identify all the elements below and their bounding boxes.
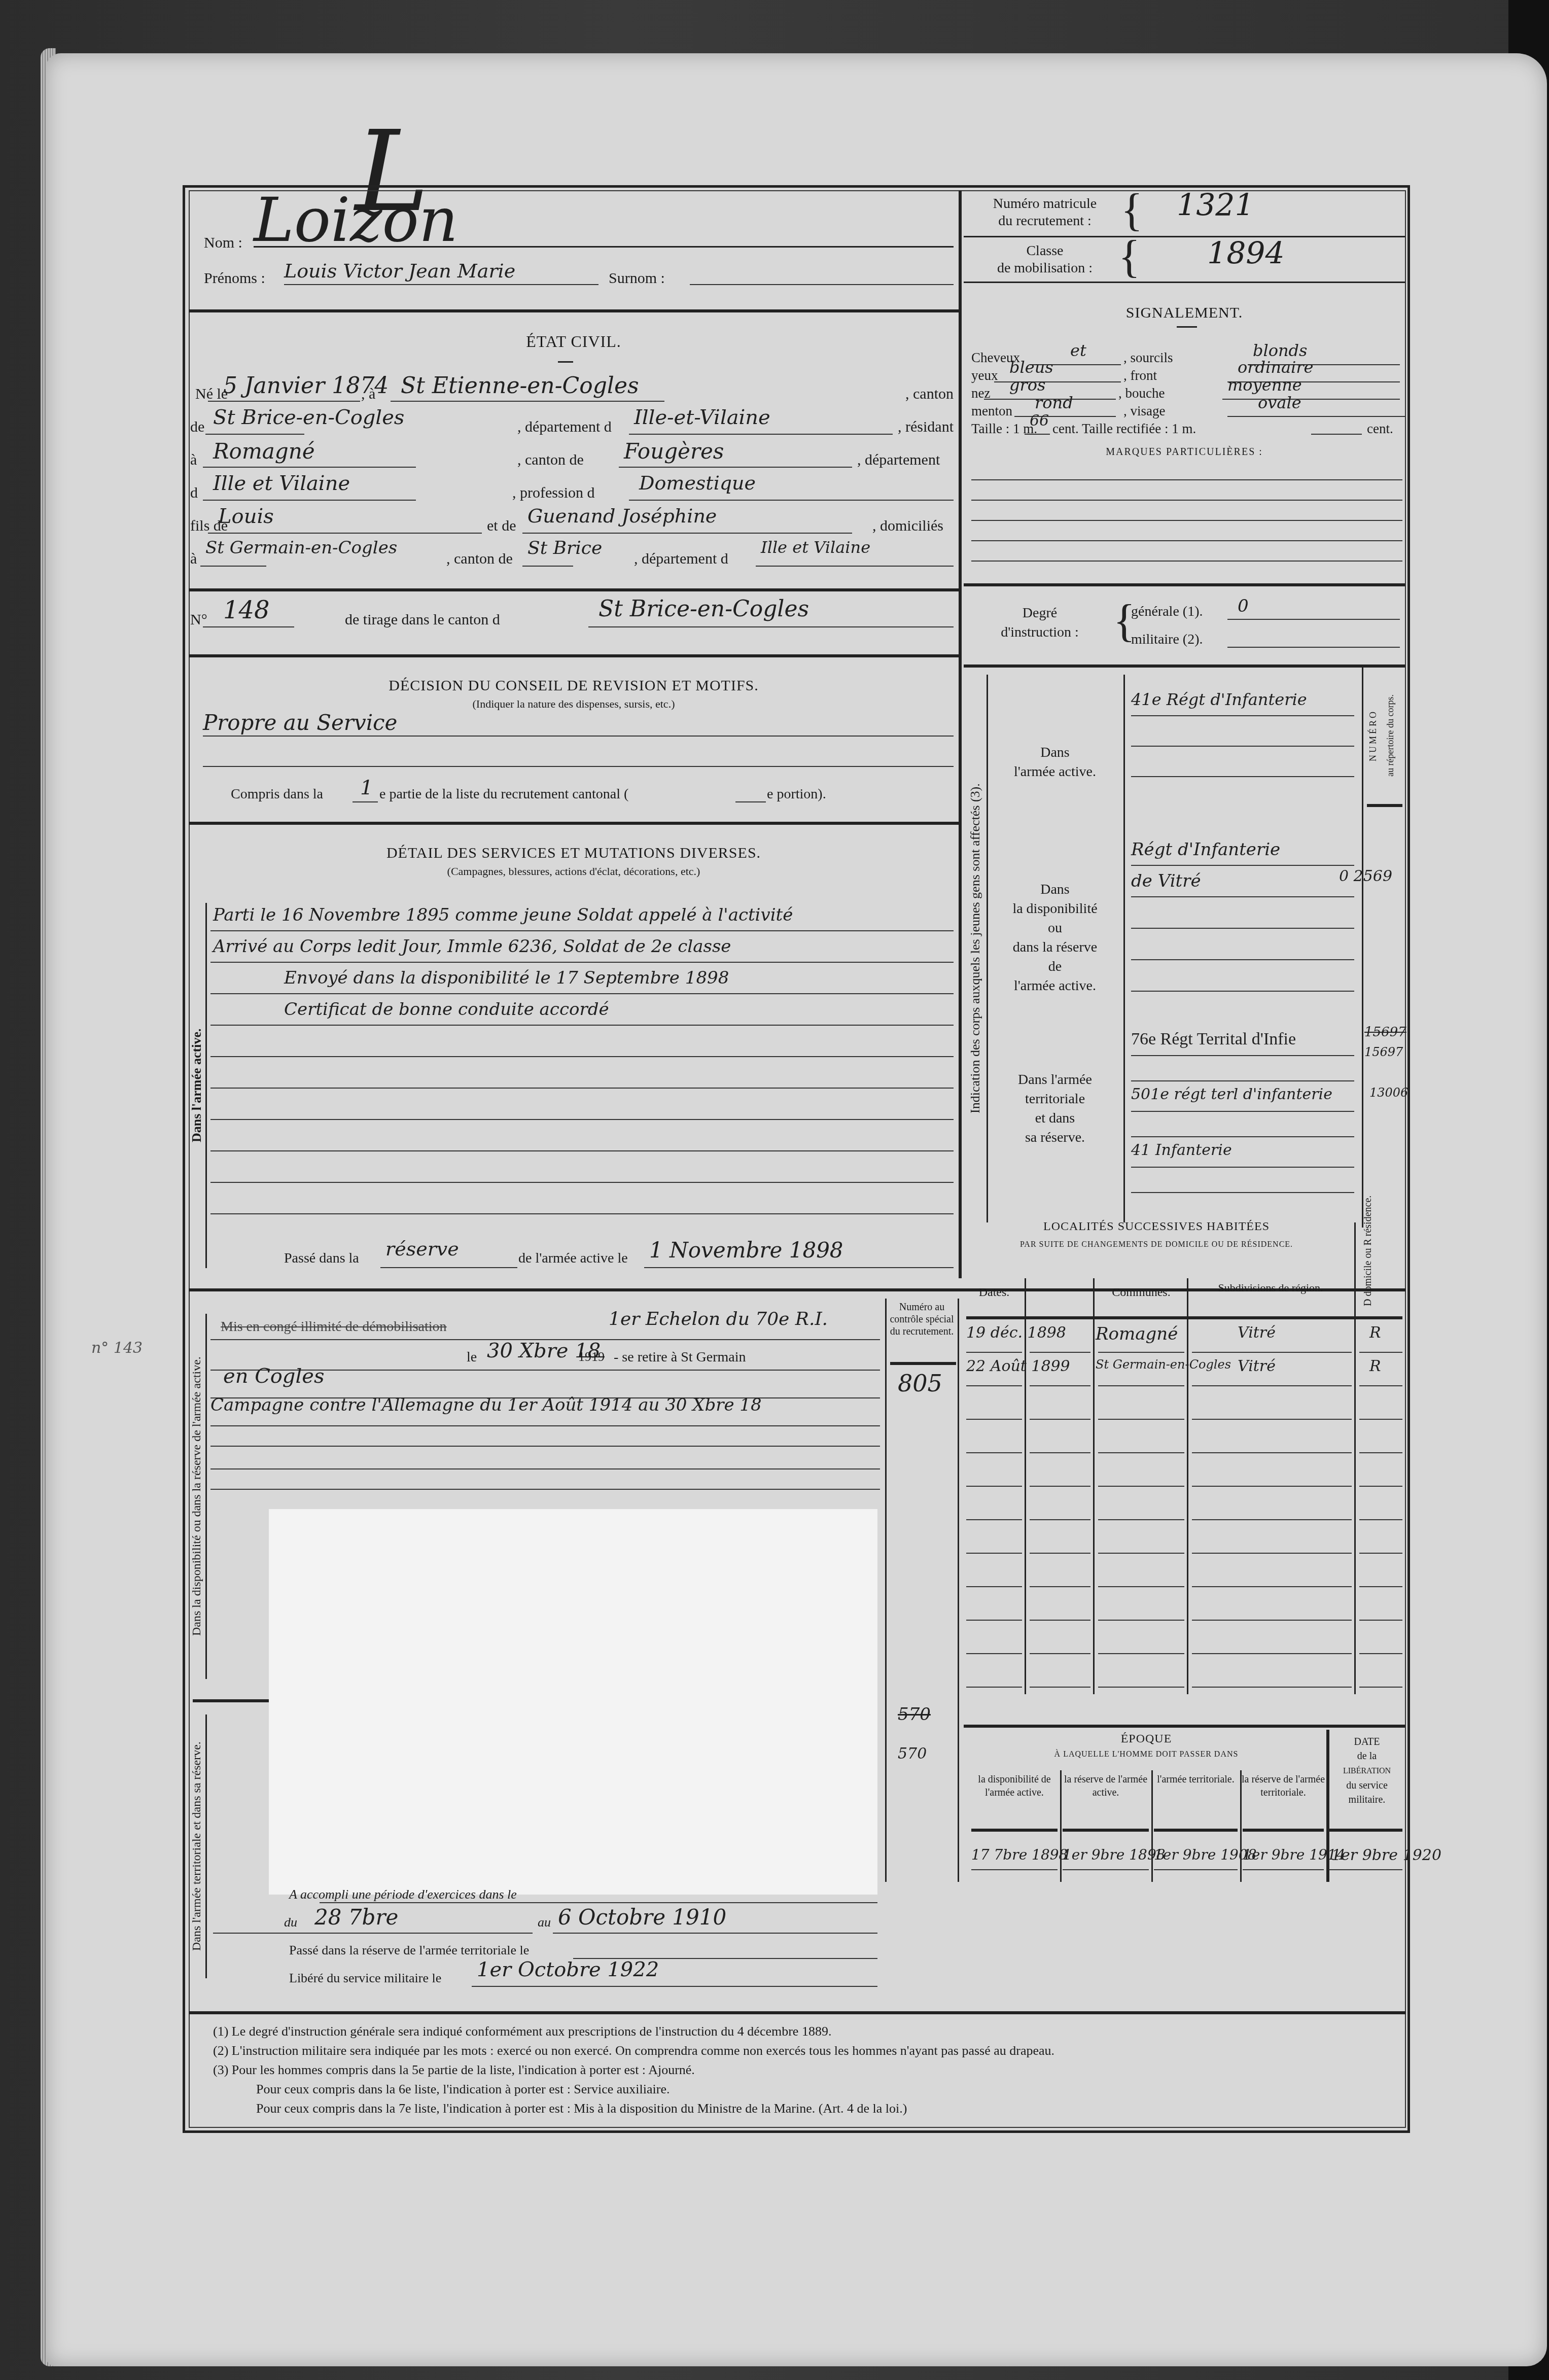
territoriale-numero-value: 570 [898, 1745, 927, 1763]
nom-value: Loizon [254, 185, 458, 256]
field-line [1227, 619, 1400, 620]
field-line [553, 1933, 877, 1934]
field-line [1227, 647, 1400, 648]
field-line [1329, 1869, 1402, 1870]
au-label: au [538, 1915, 551, 1930]
field-line [966, 1620, 1022, 1621]
localites-title: LOCALITÉS SUCCESSIVES HABITÉES [964, 1220, 1349, 1234]
field-line [1192, 1352, 1352, 1353]
dispo-label-5: de [1048, 959, 1062, 974]
field-line [629, 500, 954, 501]
decision-subtitle: (Indiquer la nature des dispenses, sursi… [189, 697, 959, 711]
terr-side-label: Dans l'armée territoriale et dans sa rés… [189, 1714, 206, 1978]
field-line [1359, 1519, 1402, 1520]
epoque-col-rule-h [1154, 1829, 1238, 1832]
classe-label-2: de mobilisation : [997, 260, 1093, 276]
field-line [203, 626, 294, 627]
profession-label: , profession d [512, 484, 594, 502]
name-section-divider [189, 309, 959, 312]
epoque-lib-rule-h [1326, 1829, 1402, 1832]
front-label: , front [1123, 368, 1157, 383]
field-line [203, 500, 416, 501]
field-line [1192, 1620, 1352, 1621]
decision-value: Propre au Service [203, 710, 397, 735]
decision-title: DÉCISION DU CONSEIL DE REVISION ET MOTIF… [189, 677, 959, 694]
terr-label-3: et dans [1035, 1110, 1075, 1126]
tirage-no-label: N° [190, 611, 207, 628]
field-line [1131, 776, 1354, 777]
dispo-side-label: Dans la disponibilité ou dans la réserve… [189, 1314, 206, 1679]
field-line [1131, 896, 1354, 897]
field-line [1030, 1452, 1090, 1453]
field-line [1030, 1486, 1090, 1487]
localites-subtitle: PAR SUITE DE CHANGEMENTS DE DOMICILE OU … [964, 1240, 1349, 1249]
field-line [1030, 1385, 1090, 1386]
libere-value: 1er Octobre 1922 [477, 1958, 659, 1981]
corps-terr-value: 501e régt terl d'infanterie [1131, 1086, 1332, 1103]
field-line [971, 500, 1402, 501]
field-line [1131, 1055, 1354, 1056]
etat-civil-divider [189, 588, 959, 591]
field-line [971, 1869, 1058, 1870]
epoque-col-header: la réserve de l'armée active. [1061, 1773, 1150, 1799]
field-line [522, 533, 852, 534]
compris-partie-value: 1 [360, 776, 373, 799]
localite-subdivision: Vitré [1238, 1324, 1276, 1342]
localites-col-rule [1187, 1278, 1188, 1694]
nom-line [254, 246, 954, 248]
field-line [210, 930, 954, 931]
field-line [1192, 1687, 1352, 1688]
field-line [1131, 991, 1354, 992]
yeux-value: bleus [1009, 358, 1053, 377]
active-label-2: l'armée active. [1014, 764, 1096, 780]
field-line [210, 1425, 880, 1426]
sourcils-label: , sourcils [1123, 350, 1173, 366]
classe-divider [964, 282, 1405, 283]
field-line [472, 1986, 877, 1987]
field-line [1030, 1586, 1090, 1587]
field-line [1131, 1111, 1354, 1112]
field-line [210, 1056, 954, 1057]
field-line [205, 434, 304, 435]
footnote: (1) Le degré d'instruction générale sera… [213, 2024, 831, 2039]
field-line [966, 1519, 1022, 1520]
dispo-line2-struck-year: 1919 [578, 1349, 605, 1364]
exercices-label: A accompli une période d'exercices dans … [289, 1887, 517, 1902]
matricule-label-2: du recrutement : [998, 213, 1091, 229]
localite-date: 22 Août 1899 [966, 1357, 1070, 1375]
field-line [644, 1267, 954, 1268]
field-line [391, 401, 664, 402]
visage-label: , visage [1123, 403, 1165, 419]
field-line [1030, 1620, 1090, 1621]
field-line [1098, 1519, 1184, 1520]
localites-col-subdivisions: Subdivisions de région. [1189, 1281, 1352, 1295]
localites-col-rule [1093, 1278, 1095, 1694]
canton-label: , canton [905, 386, 954, 403]
terr-label-4: sa réserve. [1025, 1130, 1085, 1145]
instruction-label: Degréd'instruction : [964, 604, 1116, 642]
dispo-line2-prefix: le [467, 1349, 477, 1366]
localites-dr-header: D domicile ou R résidence. [1359, 1225, 1400, 1306]
dispo-label-1: Dans [1040, 882, 1070, 897]
field-line [1131, 928, 1354, 929]
title-dash [558, 361, 573, 363]
field-line [756, 566, 954, 567]
field-line [210, 962, 954, 963]
disponibilite-label: Dans la disponibilité ou dans la réserve… [989, 880, 1121, 996]
matricule-brace: { [1121, 188, 1143, 233]
matricule-value: 1321 [1177, 188, 1254, 223]
field-line [320, 1902, 877, 1903]
tirage-canton-value: St Brice-en-Cogles [599, 596, 809, 622]
field-line [971, 479, 1402, 480]
field-line [1098, 1352, 1184, 1353]
decision-divider [189, 822, 959, 825]
field-line [210, 1150, 954, 1151]
field-line [1131, 959, 1354, 960]
localites-dr-rule [1354, 1222, 1356, 1694]
liberation-header: DATE de la LIBÉRATION du service militai… [1329, 1735, 1405, 1807]
passe-label-1: Passé dans la [284, 1250, 359, 1267]
domicilies-label: , domiciliés [872, 517, 943, 535]
footnote: Pour ceux compris dans la 6e liste, l'in… [256, 2082, 670, 2097]
lib-h-3: LIBÉRATION [1343, 1767, 1391, 1775]
field-line [1192, 1653, 1352, 1654]
field-line [210, 993, 954, 994]
services-line-text: Certificat de bonne conduite accordé [284, 999, 609, 1020]
territoriale-section-divider [193, 1699, 269, 1702]
res-departement-label: , département [857, 451, 940, 469]
corps-vertical-label: Indication des corps auxquels les jeunes… [966, 680, 985, 1217]
localites-col-dates: Dates. [964, 1286, 1025, 1300]
corps-brace-rule [1123, 675, 1125, 1222]
corps-numero-label-1: NUMÉRO [1368, 710, 1378, 761]
dom-departement-label: , département d [634, 550, 728, 568]
instruction-divider [964, 664, 1405, 668]
column-divider [959, 190, 962, 1278]
dom-canton-label: , canton de [446, 550, 513, 568]
field-line [1030, 1687, 1090, 1688]
territoriale-numero-struck: 570 [898, 1704, 931, 1725]
du-value: 28 7bre [314, 1905, 398, 1930]
marques-label: MARQUES PARTICULIÈRES : [964, 446, 1405, 458]
disponibilite-numero: 0 2569 [1339, 867, 1392, 885]
prenoms-line [284, 284, 599, 285]
services-subtitle: (Campagnes, blessures, actions d'éclat, … [189, 865, 959, 878]
pere-value: Louis [218, 505, 274, 528]
field-line [1192, 1553, 1352, 1554]
field-line [203, 766, 954, 767]
field-line [1359, 1653, 1402, 1654]
epoque-value: 1er 9bre 1914 [1243, 1846, 1346, 1863]
lib-h-5: militaire. [1349, 1794, 1386, 1805]
field-line [208, 401, 360, 402]
territoriale-label: Dans l'armée territoriale et dans sa rés… [989, 1070, 1121, 1147]
field-line [203, 467, 416, 468]
field-line [1359, 1352, 1402, 1353]
libere-label: Libéré du service militaire le [289, 1971, 441, 1986]
field-line [1359, 1620, 1402, 1621]
residant-label: , résidant [898, 418, 954, 436]
dispo-line3: en Cogles [223, 1364, 324, 1388]
field-line [1359, 1687, 1402, 1688]
field-line [208, 533, 482, 534]
matricule-divider [964, 236, 1405, 237]
field-line [1030, 1419, 1090, 1420]
field-line [966, 1586, 1022, 1587]
localites-col-communes: Communes. [1096, 1286, 1187, 1300]
instruction-label-2: d'instruction : [1001, 624, 1079, 640]
services-line-text: Parti le 16 Novembre 1895 comme jeune So… [213, 905, 793, 925]
territoriale-numero-1: 15697 [1364, 1045, 1403, 1059]
epoque-subtitle: À LAQUELLE L'HOMME DOIT PASSER DANS [969, 1750, 1324, 1759]
dispo-label-3: ou [1048, 920, 1062, 936]
classe-label-1: Classe [1026, 243, 1063, 259]
field-line [971, 520, 1402, 521]
a-label: , à [361, 386, 375, 403]
field-line [1192, 1519, 1352, 1520]
field-line [1025, 434, 1050, 435]
footnotes-divider [189, 2011, 1406, 2014]
dom-departement-value: Ille et Vilaine [761, 538, 870, 557]
localite-date: 19 déc. 1898 [966, 1324, 1066, 1342]
field-line [1030, 1352, 1090, 1353]
epoque-col-rule [1151, 1770, 1153, 1882]
compris-text-3: e portion). [767, 786, 826, 802]
departement-value: Ille-et-Vilaine [634, 406, 770, 429]
field-line [1131, 715, 1354, 716]
numero-controle-header: Numéro au contrôle spécial du recrutemen… [888, 1301, 956, 1338]
field-line [1359, 1586, 1402, 1587]
field-line [1359, 1385, 1402, 1386]
cent-label: cent. [1367, 421, 1393, 437]
field-line [1311, 434, 1362, 435]
corps-active-value: 41e Régt d'Infanterie [1131, 690, 1307, 709]
field-line [1243, 1869, 1324, 1870]
lib-h-4: du service [1346, 1780, 1388, 1791]
field-line [1030, 1519, 1090, 1520]
field-line [971, 540, 1402, 541]
bouche-label: , bouche [1118, 386, 1165, 401]
departement-label: , département d [517, 418, 612, 436]
field-line [966, 1486, 1022, 1487]
field-line [1131, 865, 1354, 866]
reserve-terr-label: Passé dans la réserve de l'armée territo… [289, 1943, 529, 1958]
epoque-col-rule-h [1243, 1829, 1324, 1832]
cheveux-value: et [1070, 341, 1086, 360]
field-line [971, 561, 1402, 562]
epoque-col-header: la disponibilité de l'armée active. [970, 1773, 1059, 1799]
compris-text-1: Compris dans la [231, 786, 323, 802]
field-line [966, 1452, 1022, 1453]
et-de-label: et de [487, 517, 516, 535]
territoriale-numero-2: 13006 [1369, 1086, 1408, 1100]
field-line [1098, 1553, 1184, 1554]
field-line [210, 1025, 954, 1026]
epoque-col-rule-h [971, 1829, 1058, 1832]
corps-side-rule [987, 675, 988, 1222]
surnom-line [690, 284, 954, 285]
residant-value: Romagné [213, 439, 315, 464]
liberation-value: 1er 9bre 1920 [1331, 1846, 1441, 1864]
pasted-blank-slip [269, 1509, 877, 1895]
matricule-label-1: Numéro matricule [993, 196, 1097, 212]
corps-numero-rule-h [1367, 804, 1402, 807]
classe-value: 1894 [1207, 236, 1285, 271]
localites-header-rule [966, 1316, 1402, 1319]
field-line [1098, 1486, 1184, 1487]
field-line [1359, 1486, 1402, 1487]
dispo-label-6: l'armée active. [1014, 978, 1096, 994]
field-line [1131, 1080, 1354, 1081]
terr-label-1: Dans l'armée [1018, 1072, 1092, 1088]
field-line [629, 434, 893, 435]
numero-controle-rule [885, 1299, 887, 1882]
res-canton-value: Fougères [624, 439, 724, 464]
dispo-label-4: dans la réserve [1013, 939, 1097, 955]
numero-controle-value: 805 [898, 1370, 942, 1397]
tirage-no-value: 148 [223, 596, 270, 624]
numero-controle-rule-right [958, 1299, 959, 1882]
field-line [203, 736, 954, 737]
taille-cent-label: cent. Taille rectifiée : 1 m. [1052, 421, 1196, 437]
surnom-label: Surnom : [609, 270, 665, 287]
tirage-label: de tirage dans le canton d [345, 611, 500, 628]
field-line [210, 1468, 880, 1469]
localite-commune: Romagné [1096, 1324, 1178, 1344]
localite-commune: St Germain-en-Cogles [1096, 1357, 1231, 1372]
services-line-text: Envoyé dans la disponibilité le 17 Septe… [284, 968, 729, 988]
field-line [966, 1653, 1022, 1654]
field-line [1192, 1385, 1352, 1386]
classe-brace: { [1118, 234, 1140, 280]
localite-dr: R [1369, 1357, 1381, 1375]
field-line [1098, 1452, 1184, 1453]
du-label: du [284, 1915, 297, 1930]
res-departement-value: Ille et Vilaine [213, 472, 350, 495]
field-line [966, 1385, 1022, 1386]
epoque-title: ÉPOQUE [969, 1732, 1324, 1746]
bouche-value: moyenne [1227, 375, 1302, 395]
field-line [966, 1352, 1022, 1353]
nom-label: Nom : [204, 234, 242, 252]
field-line [1227, 416, 1405, 417]
field-line [210, 1213, 954, 1214]
field-line [966, 1687, 1022, 1688]
compris-text-2: e partie de la liste du recrutement cant… [379, 786, 628, 802]
dispo-line1-hand: 1er Echelon du 70e R.I. [609, 1309, 828, 1329]
field-line [1030, 1653, 1090, 1654]
field-line [1131, 1167, 1354, 1168]
epoque-top-rule [964, 1725, 1405, 1728]
field-line [1359, 1419, 1402, 1420]
field-line [1192, 1452, 1352, 1453]
dispo-line1-struck: Mis en congé illimité de démobilisation [221, 1319, 447, 1335]
matricule-label: Numéro matriculedu recrutement : [964, 195, 1126, 230]
footnote: Pour ceux compris dans la 7e liste, l'in… [256, 2101, 907, 2116]
footnote: (3) Pour les hommes compris dans la 5e p… [213, 2062, 695, 2078]
field-line [304, 1933, 533, 1934]
menton-value: rond [1035, 393, 1073, 412]
menton-label: menton [971, 403, 1012, 419]
nez-value: gros [1009, 375, 1045, 395]
territoriale-numero-struck-corps: 15697 [1364, 1025, 1406, 1040]
res-d-label: d [190, 484, 198, 502]
prenoms-label: Prénoms : [204, 270, 265, 287]
field-line [1098, 1620, 1184, 1621]
de-label: de [190, 418, 204, 436]
corps-numero-header: NUMÉROau répertoire du corps. [1364, 670, 1402, 801]
title-dash [1177, 326, 1197, 328]
signalement-title: SIGNALEMENT. [964, 304, 1405, 322]
active-label: Dansl'armée active. [989, 743, 1121, 782]
field-line [735, 801, 766, 802]
field-line [353, 801, 378, 802]
dom-commune-value: St Germain-en-Cogles [205, 538, 397, 558]
localite-subdivision: Vitré [1238, 1357, 1276, 1375]
field-line [1030, 1553, 1090, 1554]
corps-terr-value: 76e Régt Territal d'Infie [1131, 1030, 1296, 1049]
services-title: DÉTAIL DES SERVICES ET MUTATIONS DIVERSE… [189, 845, 959, 862]
field-line [210, 1446, 880, 1447]
field-line [1359, 1553, 1402, 1554]
field-line [210, 1119, 954, 1120]
front-value: ordinaire [1238, 358, 1313, 377]
active-label-1: Dans [1040, 745, 1070, 760]
prenoms-value: Louis Victor Jean Marie [284, 260, 515, 282]
field-line [1222, 399, 1400, 400]
terr-label-2: territoriale [1025, 1091, 1085, 1107]
field-line [380, 1267, 517, 1268]
field-line [210, 1088, 954, 1089]
field-line [1098, 1385, 1184, 1386]
field-line [1063, 1869, 1149, 1870]
field-line [1192, 1419, 1352, 1420]
instruction-generale-value: 0 [1238, 596, 1249, 616]
field-line [1098, 1586, 1184, 1587]
passe-label-2: de l'armée active le [518, 1250, 628, 1267]
epoque-col-header: la réserve de l'armée territoriale. [1241, 1773, 1325, 1799]
field-line [1192, 1586, 1352, 1587]
corps-numero-label-2: au répertoire du corps. [1385, 694, 1395, 777]
field-line [966, 1419, 1022, 1420]
field-line [1098, 1653, 1184, 1654]
res-a-label: à [190, 451, 197, 469]
epoque-value: 17 7bre 1898 [971, 1846, 1068, 1863]
profession-value: Domestique [639, 472, 756, 494]
epoque-col-rule-h [1063, 1829, 1149, 1832]
epoque-col-header: l'armée territoriale. [1152, 1773, 1239, 1786]
corps-dispo-value: de Vitré [1131, 871, 1201, 891]
field-line [1192, 1486, 1352, 1487]
services-side-label: Dans l'armée active. [189, 903, 205, 1268]
services-side-rule [205, 903, 207, 1268]
etat-civil-title: ÉTAT CIVIL. [189, 332, 959, 351]
field-line [1359, 1452, 1402, 1453]
corps-dispo-value: Régt d'Infanterie [1131, 839, 1280, 860]
field-line [210, 1489, 880, 1490]
numero-controle-rule-h [890, 1362, 956, 1365]
au-value: 6 Octobre 1910 [558, 1905, 726, 1930]
instruction-generale-label: générale (1). [1131, 604, 1203, 620]
birthplace-value: St Etienne-en-Cogles [401, 373, 639, 399]
canton-value: St Brice-en-Cogles [213, 406, 404, 429]
lib-h-2: de la [1357, 1751, 1377, 1762]
services-line-text: Arrivé au Corps ledit Jour, Immle 6236, … [213, 936, 731, 957]
dom-a-label: à [190, 550, 197, 568]
